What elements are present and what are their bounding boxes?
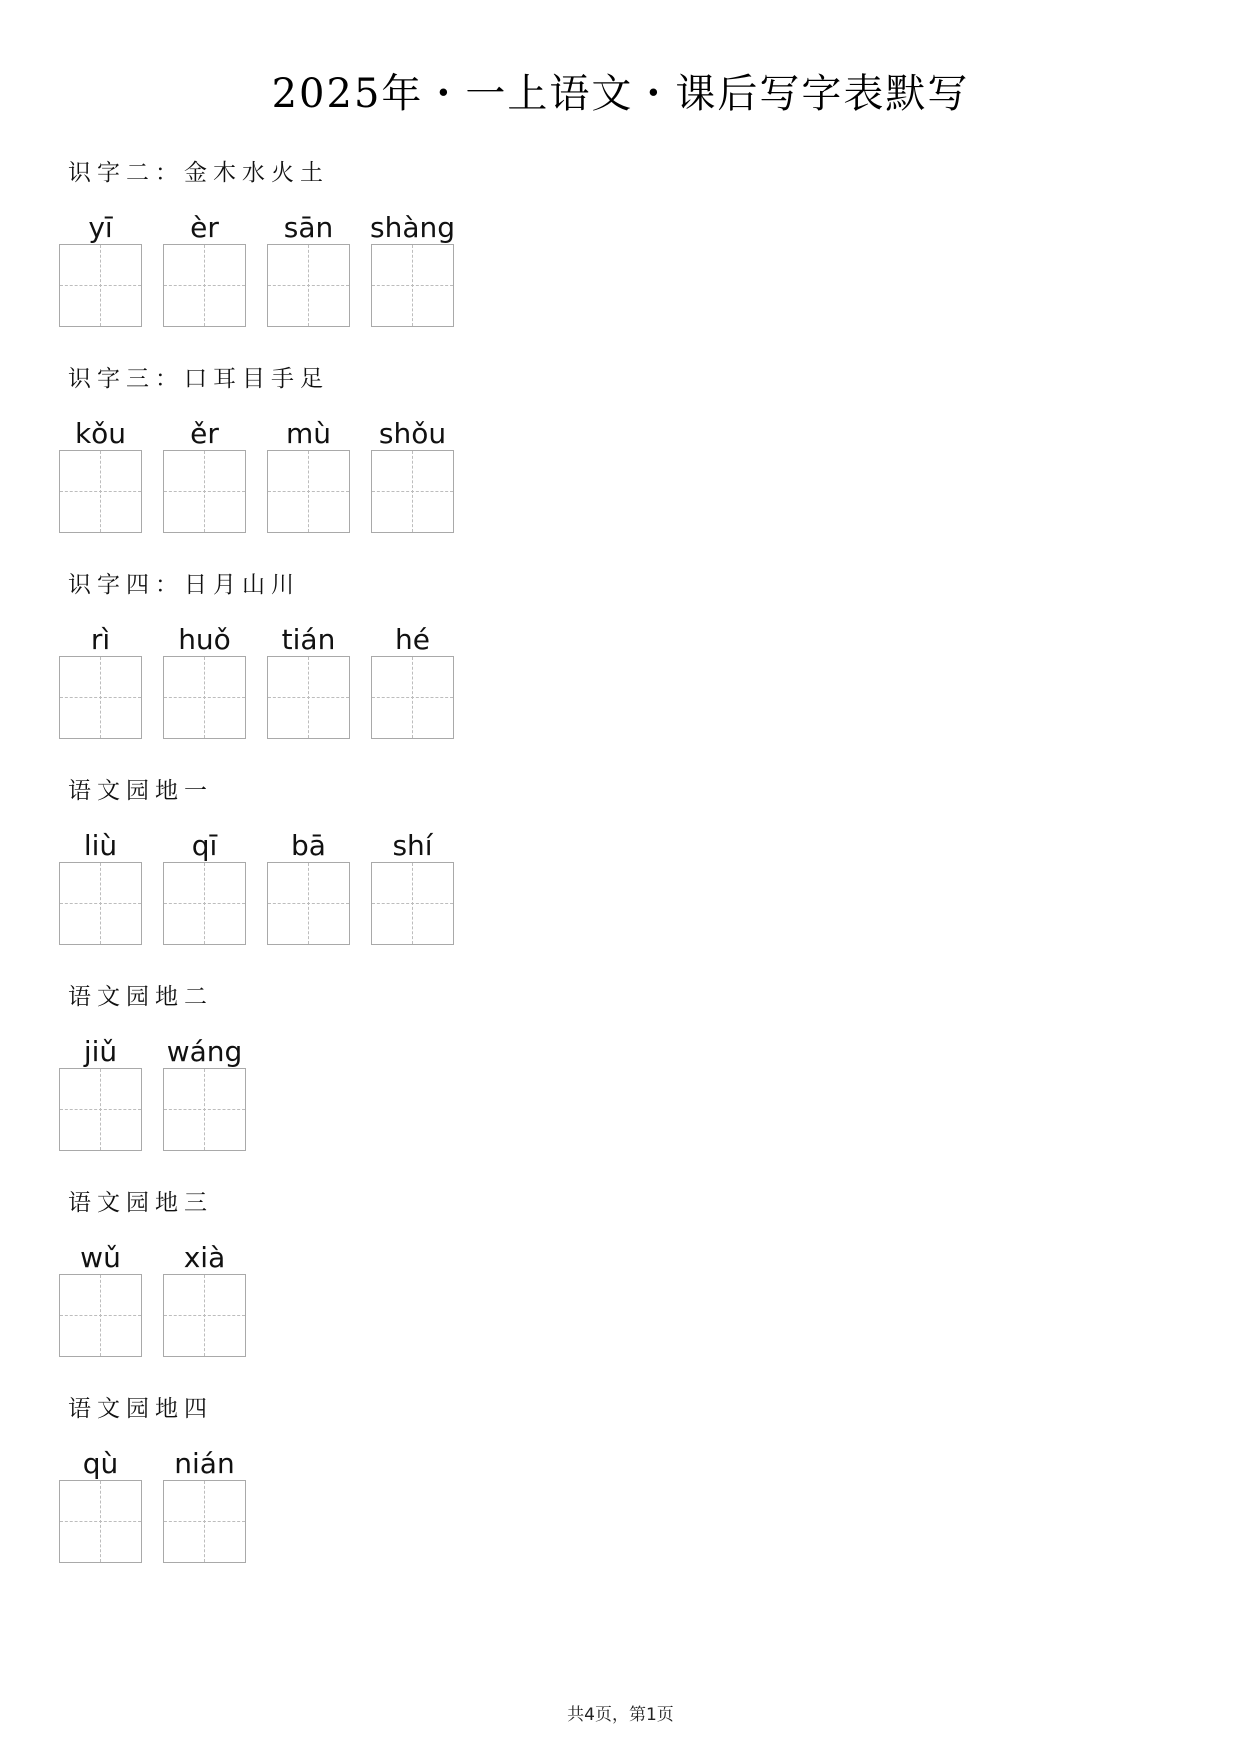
writing-cell: qī xyxy=(163,830,246,945)
section-heading: 语文园地三 xyxy=(68,1190,213,1216)
writing-cell: wáng xyxy=(163,1036,246,1151)
tianzige-box[interactable] xyxy=(163,862,246,945)
pinyin-label: nián xyxy=(174,1448,234,1480)
tianzige-box[interactable] xyxy=(163,1480,246,1563)
pinyin-label: huǒ xyxy=(178,624,231,656)
tianzige-box[interactable] xyxy=(371,450,454,533)
pinyin-label: tián xyxy=(282,624,336,656)
guide-line-horizontal xyxy=(60,697,141,698)
pinyin-label: wáng xyxy=(167,1036,243,1068)
pinyin-label: mù xyxy=(286,418,331,450)
writing-cell: jiǔ xyxy=(59,1036,142,1151)
pinyin-label: hé xyxy=(395,624,430,656)
section-shizi-3: 识字三：口耳目手足 kǒu ěr mù shǒu xyxy=(59,366,559,556)
writing-cell: xià xyxy=(163,1242,246,1357)
tianzige-box[interactable] xyxy=(59,1068,142,1151)
section-heading: 识字三：口耳目手足 xyxy=(68,366,329,392)
writing-cell: shǒu xyxy=(371,418,454,533)
section-yuwen-yuandi-3: 语文园地三 wǔ xià xyxy=(59,1190,559,1380)
pinyin-label: xià xyxy=(184,1242,226,1274)
pinyin-label: shǒu xyxy=(379,418,446,450)
section-heading: 语文园地四 xyxy=(68,1396,213,1422)
tianzige-box[interactable] xyxy=(59,450,142,533)
guide-line-horizontal xyxy=(164,285,245,286)
guide-line-horizontal xyxy=(372,285,453,286)
pinyin-label: rì xyxy=(91,624,110,656)
tianzige-box[interactable] xyxy=(59,1274,142,1357)
section-shizi-2: 识字二：金木水火土 yī èr sān shàng xyxy=(59,160,559,350)
guide-line-horizontal xyxy=(60,285,141,286)
tianzige-box[interactable] xyxy=(267,862,350,945)
tianzige-box[interactable] xyxy=(267,450,350,533)
writing-cell: wǔ xyxy=(59,1242,142,1357)
guide-line-horizontal xyxy=(268,697,349,698)
guide-line-horizontal xyxy=(164,1315,245,1316)
tianzige-box[interactable] xyxy=(163,450,246,533)
tianzige-box[interactable] xyxy=(163,244,246,327)
writing-cell: nián xyxy=(163,1448,246,1563)
guide-line-horizontal xyxy=(372,491,453,492)
tianzige-box[interactable] xyxy=(163,1274,246,1357)
guide-line-horizontal xyxy=(60,491,141,492)
guide-line-horizontal xyxy=(268,285,349,286)
writing-cell: hé xyxy=(371,624,454,739)
section-yuwen-yuandi-1: 语文园地一 liù qī bā shí xyxy=(59,778,559,968)
page-title: 2025年・一上语文・课后写字表默写 xyxy=(0,66,1241,122)
tianzige-box[interactable] xyxy=(371,862,454,945)
writing-cell: èr xyxy=(163,212,246,327)
tianzige-box[interactable] xyxy=(267,244,350,327)
writing-cells: rì huǒ tián hé xyxy=(59,624,454,739)
guide-line-horizontal xyxy=(60,903,141,904)
writing-cell: yī xyxy=(59,212,142,327)
pinyin-label: shàng xyxy=(370,212,455,244)
writing-cells: qù nián xyxy=(59,1448,246,1563)
guide-line-horizontal xyxy=(164,1109,245,1110)
tianzige-box[interactable] xyxy=(59,656,142,739)
pinyin-label: liù xyxy=(84,830,117,862)
writing-cell: qù xyxy=(59,1448,142,1563)
guide-line-horizontal xyxy=(164,903,245,904)
tianzige-box[interactable] xyxy=(163,656,246,739)
pinyin-label: èr xyxy=(190,212,219,244)
writing-cell: sān xyxy=(267,212,350,327)
writing-cell: shàng xyxy=(371,212,454,327)
pinyin-label: ěr xyxy=(190,418,219,450)
writing-cell: mù xyxy=(267,418,350,533)
section-heading: 语文园地一 xyxy=(68,778,213,804)
guide-line-horizontal xyxy=(372,697,453,698)
guide-line-horizontal xyxy=(164,697,245,698)
guide-line-horizontal xyxy=(60,1315,141,1316)
writing-cell: huǒ xyxy=(163,624,246,739)
writing-cell: bā xyxy=(267,830,350,945)
pinyin-label: qù xyxy=(83,1448,119,1480)
tianzige-box[interactable] xyxy=(59,1480,142,1563)
writing-cell: rì xyxy=(59,624,142,739)
tianzige-box[interactable] xyxy=(267,656,350,739)
pinyin-label: kǒu xyxy=(75,418,126,450)
pinyin-label: bā xyxy=(291,830,326,862)
section-yuwen-yuandi-2: 语文园地二 jiǔ wáng xyxy=(59,984,559,1174)
pinyin-label: jiǔ xyxy=(84,1036,117,1068)
guide-line-horizontal xyxy=(268,903,349,904)
writing-cells: liù qī bā shí xyxy=(59,830,454,945)
section-heading: 识字四：日月山川 xyxy=(68,572,300,598)
tianzige-box[interactable] xyxy=(163,1068,246,1151)
writing-cells: kǒu ěr mù shǒu xyxy=(59,418,454,533)
pinyin-label: yī xyxy=(88,212,112,244)
writing-cell: ěr xyxy=(163,418,246,533)
guide-line-horizontal xyxy=(60,1109,141,1110)
tianzige-box[interactable] xyxy=(59,862,142,945)
section-heading: 识字二：金木水火土 xyxy=(68,160,329,186)
writing-cells: wǔ xià xyxy=(59,1242,246,1357)
writing-cell: shí xyxy=(371,830,454,945)
section-shizi-4: 识字四：日月山川 rì huǒ tián hé xyxy=(59,572,559,762)
writing-cell: tián xyxy=(267,624,350,739)
guide-line-horizontal xyxy=(372,903,453,904)
tianzige-box[interactable] xyxy=(371,244,454,327)
section-yuwen-yuandi-4: 语文园地四 qù nián xyxy=(59,1396,559,1586)
guide-line-horizontal xyxy=(164,491,245,492)
pinyin-label: wǔ xyxy=(80,1242,121,1274)
pinyin-label: sān xyxy=(284,212,334,244)
page-number-footer: 共4页，第1页 xyxy=(0,1704,1241,1726)
writing-cell: kǒu xyxy=(59,418,142,533)
tianzige-box[interactable] xyxy=(371,656,454,739)
section-heading: 语文园地二 xyxy=(68,984,213,1010)
guide-line-horizontal xyxy=(268,491,349,492)
writing-cell: liù xyxy=(59,830,142,945)
writing-cells: yī èr sān shàng xyxy=(59,212,454,327)
pinyin-label: shí xyxy=(392,830,432,862)
tianzige-box[interactable] xyxy=(59,244,142,327)
writing-cells: jiǔ wáng xyxy=(59,1036,246,1151)
guide-line-horizontal xyxy=(164,1521,245,1522)
pinyin-label: qī xyxy=(192,830,218,862)
guide-line-horizontal xyxy=(60,1521,141,1522)
